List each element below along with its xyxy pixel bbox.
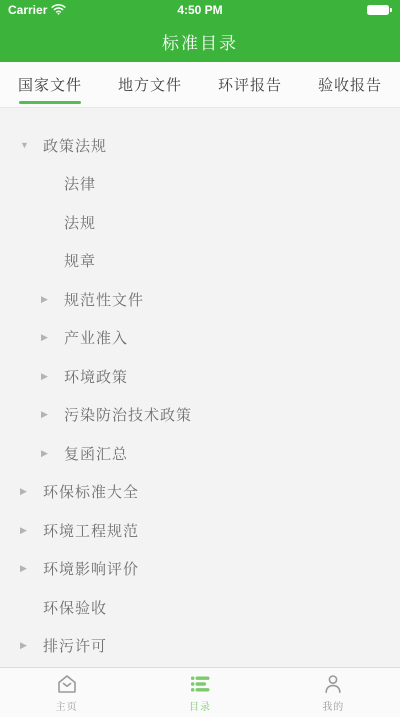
tabbar-item-mine[interactable]: 我的 (267, 668, 400, 717)
tree-item-label: 规章 (64, 250, 96, 271)
tree-item-label: 政策法规 (43, 135, 107, 156)
active-tab-underline (19, 101, 81, 104)
tree-item[interactable]: 规章 (0, 242, 400, 281)
tabbar-label: 目录 (189, 698, 211, 713)
tree-item[interactable]: ▼政策法规 (0, 126, 400, 165)
tree-item[interactable]: ▶规范性文件 (0, 280, 400, 319)
tree-item[interactable]: ▶复函汇总 (0, 434, 400, 473)
tree-item[interactable]: ▶环保标准大全 (0, 473, 400, 512)
tree-item[interactable]: ▶产业准入 (0, 319, 400, 358)
user-icon (321, 672, 345, 696)
tree-item-label: 规范性文件 (64, 289, 144, 310)
caret-right-icon: ▶ (20, 486, 43, 497)
caret-right-icon: ▶ (20, 640, 43, 651)
caret-right-icon: ▶ (20, 525, 43, 536)
clock: 4:50 PM (0, 3, 400, 17)
tree-item-label: 环保验收 (43, 597, 107, 618)
tree-item-label: 环境影响评价 (43, 558, 139, 579)
caret-down-icon: ▼ (20, 140, 43, 150)
list-icon (188, 672, 212, 696)
battery-icon (367, 5, 392, 15)
tree-item-label: 污染防治技术政策 (64, 404, 192, 425)
tree-item[interactable]: ▶环境政策 (0, 357, 400, 396)
caret-right-icon: ▶ (41, 332, 64, 343)
tab-acceptance-reports[interactable]: 验收报告 (300, 62, 400, 107)
tree-item[interactable]: 法规 (0, 203, 400, 242)
category-tabs: 国家文件 地方文件 环评报告 验收报告 (0, 62, 400, 108)
tree-item-label: 法规 (64, 212, 96, 233)
caret-right-icon: ▶ (20, 563, 43, 574)
page-title: 标准目录 (0, 20, 400, 62)
bottom-tab-bar: 主页 目录 我的 (0, 667, 400, 717)
tree-item[interactable]: 环保验收 (0, 588, 400, 627)
tabbar-label: 主页 (56, 698, 78, 713)
tree-item[interactable]: 法律 (0, 165, 400, 204)
tree-item[interactable]: ▶环境影响评价 (0, 550, 400, 589)
tabbar-label: 我的 (322, 698, 344, 713)
tree-item[interactable]: ▶排污许可 (0, 627, 400, 666)
tab-local-documents[interactable]: 地方文件 (100, 62, 200, 107)
tree-item-label: 环境工程规范 (43, 520, 139, 541)
tree-item[interactable]: ▶环境工程规范 (0, 511, 400, 550)
tree-item-label: 法律 (64, 173, 96, 194)
tree-item-label: 环保标准大全 (43, 481, 139, 502)
tree-list: ▼政策法规法律法规规章▶规范性文件▶产业准入▶环境政策▶污染防治技术政策▶复函汇… (0, 109, 400, 667)
tree-item-label: 复函汇总 (64, 443, 128, 464)
tabbar-item-catalog[interactable]: 目录 (133, 668, 266, 717)
tree-item[interactable]: ▶污染防治技术政策 (0, 396, 400, 435)
tree-item-label: 排污许可 (43, 635, 107, 656)
caret-right-icon: ▶ (41, 409, 64, 420)
status-bar: Carrier 4:50 PM (0, 0, 400, 20)
tree-item-label: 环境政策 (64, 366, 128, 387)
tab-national-documents[interactable]: 国家文件 (0, 62, 100, 107)
home-icon (55, 672, 79, 696)
tabbar-item-home[interactable]: 主页 (0, 668, 133, 717)
tab-eia-reports[interactable]: 环评报告 (200, 62, 300, 107)
tree-item-label: 产业准入 (64, 327, 128, 348)
caret-right-icon: ▶ (41, 448, 64, 459)
caret-right-icon: ▶ (41, 294, 64, 305)
app-screen: Carrier 4:50 PM 标准目录 国家文件 地方文件 (0, 0, 400, 717)
caret-right-icon: ▶ (41, 371, 64, 382)
